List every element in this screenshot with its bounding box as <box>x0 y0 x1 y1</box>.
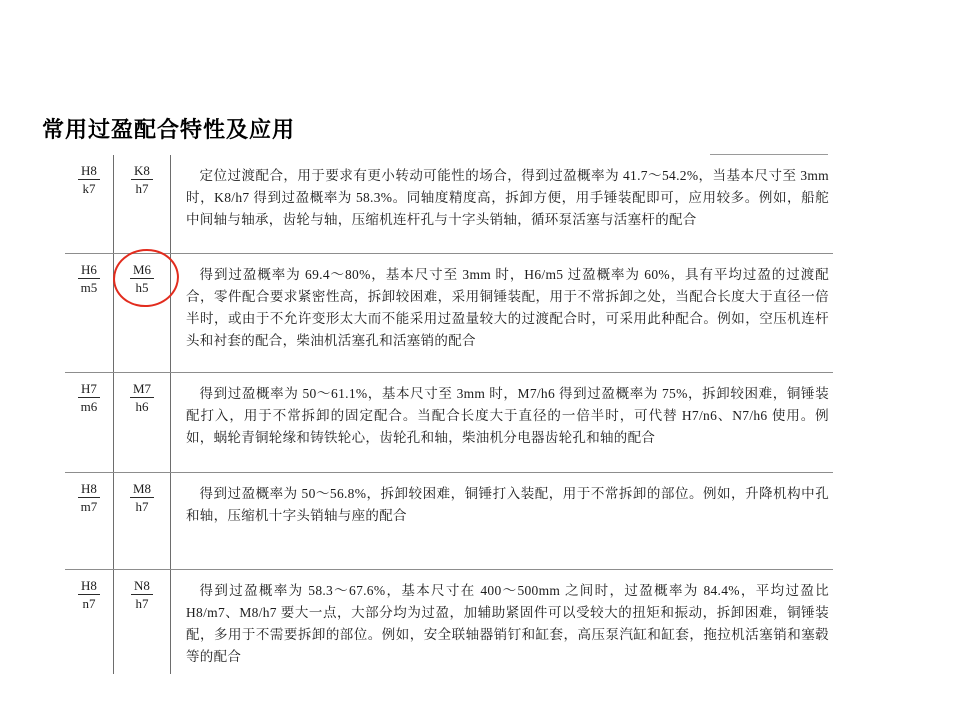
fit-hole-basis: H6 m5 <box>65 254 113 372</box>
fit-shaft-basis-circled: M6 h5 <box>113 254 170 372</box>
fit-shaft-basis: N8 h7 <box>113 570 170 674</box>
fit-description-cell: 得到过盈概率为 50～61.1%，基本尺寸至 3mm 时，M7/h6 得到过盈概… <box>170 373 833 472</box>
fit-fraction: N8 h7 <box>131 578 153 611</box>
interference-fit-table: H8 k7 K8 h7 定位过渡配合，用于要求有更小转动可能性的场合，得到过盈概… <box>65 155 833 674</box>
slide-page: 常用过盈配合特性及应用 H8 k7 K8 h7 定位过渡配合，用于要求有更小转动… <box>0 0 960 720</box>
table-row: H6 m5 M6 h5 得到过盈概率为 69.4～80%，基本尺寸至 3mm 时… <box>65 253 833 372</box>
fit-description: 得到过盈概率为 50～61.1%，基本尺寸至 3mm 时，M7/h6 得到过盈概… <box>186 383 829 449</box>
fit-hole-basis: H8 m7 <box>65 473 113 569</box>
fit-description: 得到过盈概率为 50～56.8%，拆卸较困难，铜锤打入装配，用于不常拆卸的部位。… <box>186 483 829 527</box>
fit-fraction: H8 k7 <box>78 163 100 196</box>
table-top-border-fragment <box>710 154 828 155</box>
fit-description: 得到过盈概率为 69.4～80%，基本尺寸至 3mm 时，H6/m5 过盈概率为… <box>186 264 829 352</box>
fit-fraction: M7 h6 <box>130 381 154 414</box>
fit-description: 得到过盈概率为 58.3～67.6%，基本尺寸在 400～500mm 之间时，过… <box>186 580 829 668</box>
fit-fraction: H7 m6 <box>78 381 100 414</box>
fit-fraction: H8 m7 <box>78 481 100 514</box>
fit-description-cell: 得到过盈概率为 69.4～80%，基本尺寸至 3mm 时，H6/m5 过盈概率为… <box>170 254 833 372</box>
page-title: 常用过盈配合特性及应用 <box>42 113 295 144</box>
fit-shaft-basis: M7 h6 <box>113 373 170 472</box>
fit-shaft-basis: K8 h7 <box>113 155 170 253</box>
fit-description-cell: 定位过渡配合，用于要求有更小转动可能性的场合，得到过盈概率为 41.7～54.2… <box>170 155 833 253</box>
table-row: H8 k7 K8 h7 定位过渡配合，用于要求有更小转动可能性的场合，得到过盈概… <box>65 155 833 253</box>
fit-description-cell: 得到过盈概率为 58.3～67.6%，基本尺寸在 400～500mm 之间时，过… <box>170 570 833 674</box>
fit-shaft-basis: M8 h7 <box>113 473 170 569</box>
table-row: H7 m6 M7 h6 得到过盈概率为 50～61.1%，基本尺寸至 3mm 时… <box>65 372 833 472</box>
fit-hole-basis: H8 n7 <box>65 570 113 674</box>
fit-description-cell: 得到过盈概率为 50～56.8%，拆卸较困难，铜锤打入装配，用于不常拆卸的部位。… <box>170 473 833 569</box>
fit-fraction: M6 h5 <box>130 262 154 295</box>
table-row: H8 m7 M8 h7 得到过盈概率为 50～56.8%，拆卸较困难，铜锤打入装… <box>65 472 833 569</box>
fit-fraction: H6 m5 <box>78 262 100 295</box>
fit-fraction: M8 h7 <box>130 481 154 514</box>
fit-hole-basis: H7 m6 <box>65 373 113 472</box>
fit-fraction: K8 h7 <box>131 163 153 196</box>
fit-hole-basis: H8 k7 <box>65 155 113 253</box>
fit-fraction: H8 n7 <box>78 578 100 611</box>
fit-description: 定位过渡配合，用于要求有更小转动可能性的场合，得到过盈概率为 41.7～54.2… <box>186 165 829 231</box>
table-row: H8 n7 N8 h7 得到过盈概率为 58.3～67.6%，基本尺寸在 400… <box>65 569 833 674</box>
